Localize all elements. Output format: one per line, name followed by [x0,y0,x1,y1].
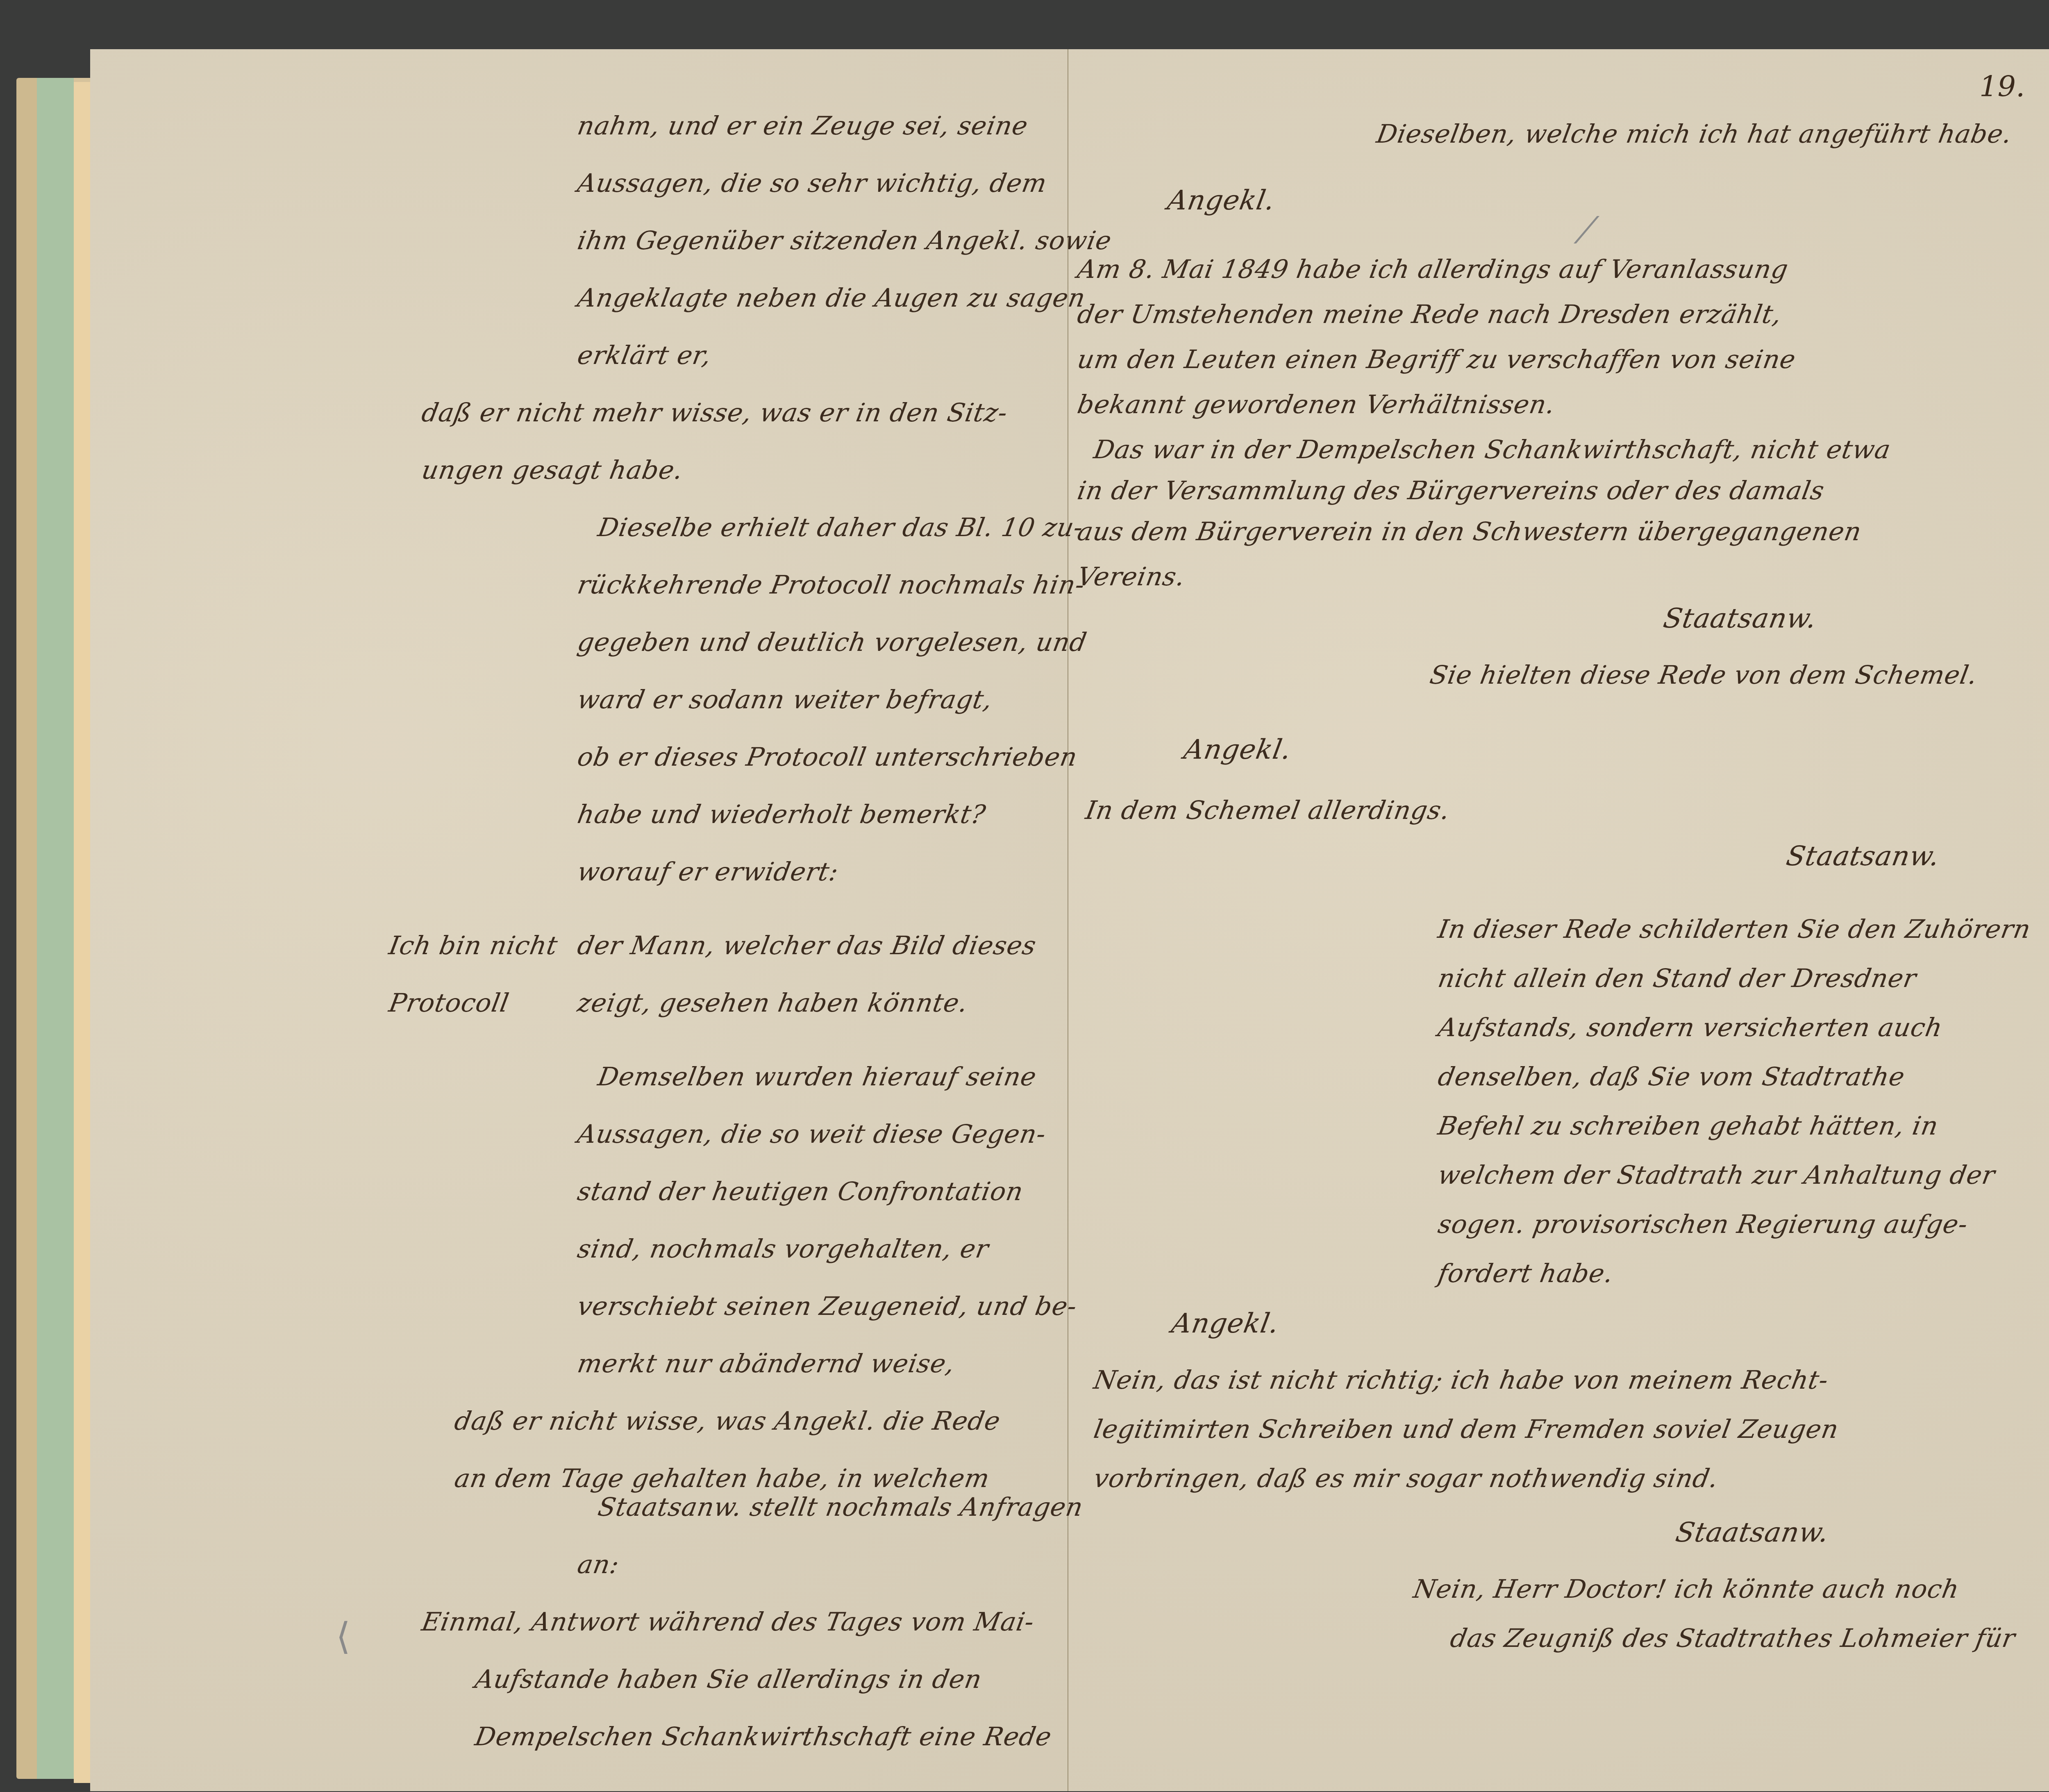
speaker-label: Staatsanw. [1673,1517,1831,1548]
text-line: Das war in der Dempelschen Schankwirthsc… [1092,434,1893,464]
text-line: Aufstands, sondern versicherten auch [1436,1012,1945,1042]
text-line: welchem der Stadtrath zur Anhaltung der [1436,1160,1998,1190]
text-line: worauf er erwidert: [575,857,841,887]
text-line: verschiebt seinen Zeugeneid, und be- [575,1291,1079,1321]
page-number: 19. [1979,70,2025,103]
text-line: gegeben und deutlich vorgelesen, und [575,627,1089,657]
text-line: Nein, das ist nicht richtig; ich habe vo… [1092,1365,1831,1395]
speaker-label: Angekl. [1181,734,1294,765]
margin-line: Protocoll [387,988,512,1018]
pencil-mark-icon: ⟨ [336,1615,350,1658]
text-line: aus dem Bürgerverein in den Schwestern ü… [1075,516,1864,546]
text-line: erklärt er, [575,340,714,370]
text-line: an: [575,1549,622,1579]
margin-line: daß er nicht wisse, was Angekl. die Rede [452,1406,1003,1436]
margin-line: daß er nicht mehr wisse, was er in den S… [420,398,1010,428]
speaker-label: Staatsanw. [1661,603,1819,634]
text-line: sind, nochmals vorgehalten, er [575,1234,991,1264]
text-line: Dieselbe erhielt daher das Bl. 10 zu- [596,512,1086,542]
speaker-label: Staatsanw. [1784,840,1942,872]
text-line: rückkehrende Protocoll nochmals hin- [575,570,1087,600]
text-line: habe und wiederholt bemerkt? [575,799,988,829]
text-line: Dempelschen Schankwirthschaft eine Rede [473,1722,1054,1751]
text-line: Am 8. Mai 1849 habe ich allerdings auf V… [1075,254,1791,284]
text-line: Staatsanw. stellt nochmals Anfragen [596,1492,1086,1522]
text-line: ward er sodann weiter befragt, [575,685,995,714]
text-line: Dieselben, welche mich ich hat angeführt… [1374,119,2015,149]
text-line: zeigt, gesehen haben könnte. [575,988,970,1018]
text-line: um den Leuten einen Begriff zu verschaff… [1075,344,1798,374]
text-line: in der Versammlung des Bürgervereins ode… [1075,475,1827,505]
text-line: Aussagen, die so sehr wichtig, dem [575,168,1049,198]
text-line: Angeklagte neben die Augen zu sagen [575,283,1088,313]
text-line: nicht allein den Stand der Dresdner [1436,963,1919,993]
speaker-label: Angekl. [1165,184,1277,216]
text-line: Demselben wurden hierauf seine [596,1062,1039,1092]
speaker-label: Angekl. [1169,1308,1281,1339]
text-line: das Zeugniß des Stadtrathes Lohmeier für [1448,1623,2018,1653]
text-line: ob er dieses Protocoll unterschrieben [575,742,1080,772]
text-line: In dieser Rede schilderten Sie den Zuhör… [1436,914,2033,944]
text-line: Sie hielten diese Rede von dem Schemel. [1428,660,1980,690]
text-line: Aufstande haben Sie allerdings in den [473,1664,984,1694]
text-line: Aussagen, die so weit diese Gegen- [575,1119,1049,1149]
margin-line: Ich bin nicht [387,930,560,960]
text-line: Nein, Herr Doctor! ich könnte auch noch [1411,1574,1962,1604]
text-line: stand der heutigen Confrontation [575,1176,1026,1206]
margin-line: ungen gesagt habe. [420,455,686,485]
pencil-mark-icon: ⟋ [1574,209,1599,252]
margin-line: an dem Tage gehalten habe, in welchem [452,1463,992,1493]
text-line: Vereins. [1075,562,1188,591]
text-line: Einmal, Antwort während des Tages vom Ma… [420,1607,1037,1637]
text-line: Befehl zu schreiben gehabt hätten, in [1436,1111,1941,1141]
text-line: denselben, daß Sie vom Stadtrathe [1436,1062,1908,1092]
text-line: bekannt gewordenen Verhältnissen. [1075,389,1558,419]
text-line: vorbringen, daß es mir sogar nothwendig … [1092,1463,1721,1493]
text-line: ihm Gegenüber sitzenden Angekl. sowie [575,225,1114,255]
text-line: legitimirten Schreiben und dem Fremden s… [1092,1414,1841,1444]
text-line: sogen. provisorischen Regierung aufge- [1436,1209,1970,1239]
text-line: der Umstehenden meine Rede nach Dresden … [1075,299,1784,329]
text-line: merkt nur abändernd weise, [575,1349,957,1378]
text-line: der Mann, welcher das Bild dieses [575,930,1039,960]
text-line: In dem Schemel allerdings. [1084,795,1452,825]
text-line: nahm, und er ein Zeuge sei, seine [575,111,1031,141]
text-line: fordert habe. [1436,1258,1616,1288]
open-book: 19. nahm, und er ein Zeuge sei, seine Au… [12,25,2049,1783]
